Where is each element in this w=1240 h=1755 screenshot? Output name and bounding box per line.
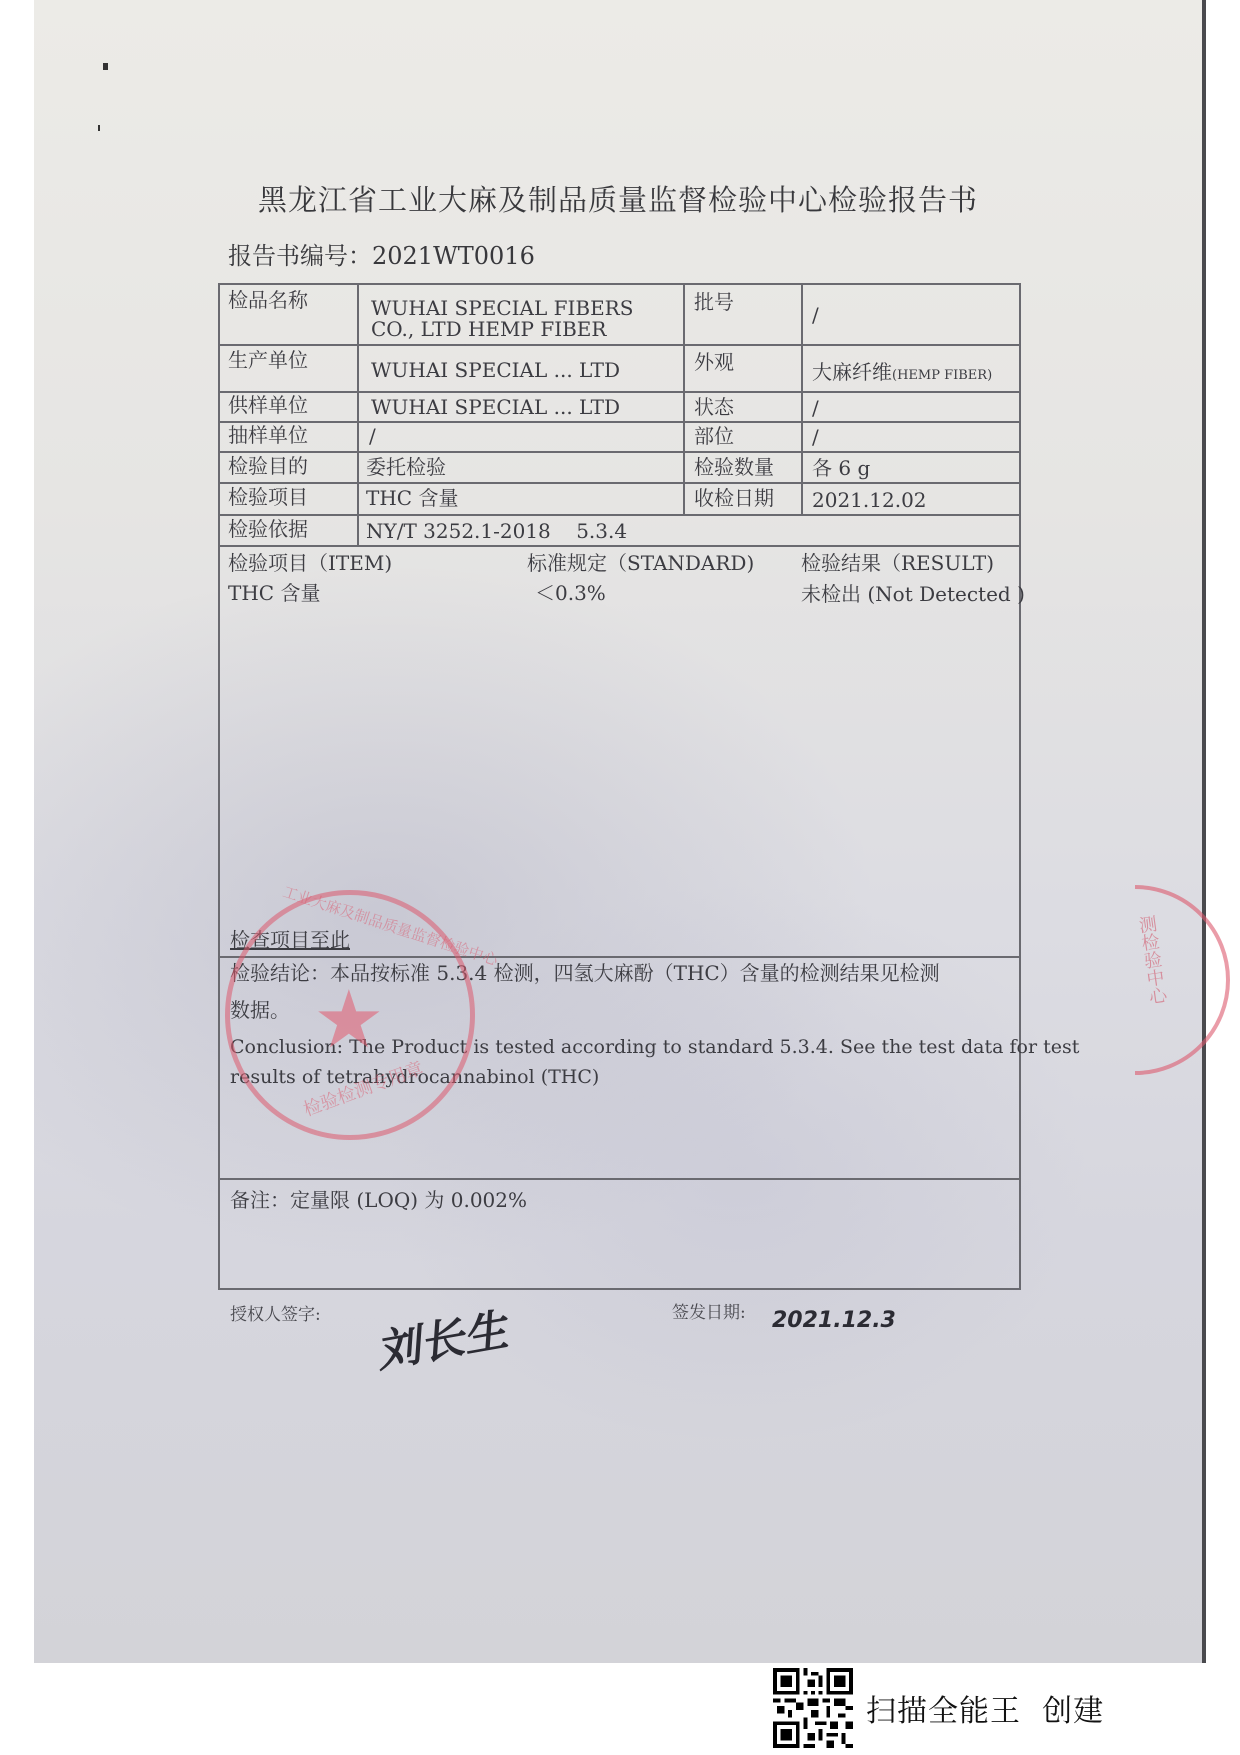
- basis-value: NY/T 3252.1-2018 5.3.4: [366, 521, 627, 542]
- appearance-label: 外观: [694, 352, 734, 373]
- table-rule: [218, 421, 1021, 423]
- quantity-label: 检验数量: [694, 457, 774, 478]
- conclusion-en-line2: results of tetrahydrocannabinol (THC): [230, 1068, 599, 1088]
- results-header-item: 检验项目（ITEM): [228, 553, 392, 574]
- purpose-value: 委托检验: [366, 457, 446, 478]
- table-rule: [357, 283, 359, 545]
- part-value: /: [812, 427, 819, 448]
- issue-date-value: 2021.12.3: [772, 1308, 896, 1333]
- producer-label: 生产单位: [228, 350, 308, 371]
- results-header-standard: 标准规定（STANDARD): [527, 553, 754, 574]
- results-row-item: THC 含量: [228, 583, 320, 604]
- sample-name-label: 检品名称: [228, 290, 308, 311]
- results-end-marker: 检查项目至此: [230, 930, 350, 951]
- supplier-value: WUHAI SPECIAL ... LTD: [371, 397, 620, 418]
- sample-name-line2: CO., LTD HEMP FIBER: [371, 319, 606, 340]
- sample-name-line1: WUHAI SPECIAL FIBERS: [371, 298, 633, 319]
- report-number-value: 2021WT0016: [372, 242, 535, 270]
- item-label: 检验项目: [228, 487, 308, 508]
- received-date-value: 2021.12.02: [812, 490, 927, 511]
- appearance-value-zh: 大麻纤维: [812, 360, 892, 384]
- supplier-label: 供样单位: [228, 395, 308, 416]
- speck-mark: [98, 125, 100, 131]
- document-title: 黑龙江省工业大麻及制品质量监督检验中心检验报告书: [258, 178, 978, 219]
- state-label: 状态: [694, 397, 734, 418]
- batch-label: 批号: [694, 292, 734, 313]
- table-rule: [218, 451, 1021, 453]
- sampler-label: 抽样单位: [228, 425, 308, 446]
- producer-value: WUHAI SPECIAL ... LTD: [371, 360, 620, 381]
- table-rule: [801, 283, 803, 514]
- state-value: /: [812, 398, 819, 419]
- qr-code-icon: [773, 1668, 853, 1748]
- report-number-label: 报告书编号：: [228, 242, 372, 270]
- table-rule: [683, 283, 685, 514]
- table-rule: [218, 344, 1021, 346]
- table-rule: [218, 1178, 1021, 1180]
- table-rule: [218, 514, 1021, 516]
- conclusion-zh-line2: 数据。: [230, 1000, 290, 1021]
- remarks-text: 备注：定量限 (LOQ) 为 0.002%: [230, 1190, 527, 1211]
- batch-value: /: [812, 305, 819, 326]
- report-table: [218, 283, 1021, 1290]
- item-value: THC 含量: [366, 488, 458, 509]
- table-rule: [218, 391, 1021, 393]
- signer-label: 授权人签字:: [230, 1300, 321, 1325]
- conclusion-zh-line1: 检验结论：本品按标准 5.3.4 检测，四氢大麻酚（THC）含量的检测结果见检测: [230, 963, 940, 984]
- part-label: 部位: [694, 426, 734, 447]
- table-rule: [218, 545, 1021, 547]
- table-rule: [218, 956, 1021, 958]
- quantity-value: 各 6 g: [812, 458, 870, 479]
- conclusion-en-line1: Conclusion: The Product is tested accord…: [230, 1038, 1079, 1058]
- results-row-result: 未检出 (Not Detected ): [801, 584, 1025, 605]
- scanner-watermark-text: 扫描全能王 创建: [866, 1686, 1104, 1730]
- sampler-value: /: [369, 426, 376, 447]
- basis-label: 检验依据: [228, 519, 308, 540]
- purpose-label: 检验目的: [228, 456, 308, 477]
- table-rule: [218, 482, 1021, 484]
- received-date-label: 收检日期: [694, 488, 774, 509]
- issue-date-label: 签发日期:: [672, 1298, 746, 1323]
- results-row-standard: ＜0.3%: [535, 583, 606, 604]
- results-header-result: 检验结果（RESULT): [801, 553, 994, 574]
- speck-mark: [103, 63, 108, 70]
- appearance-value: 大麻纤维(HEMP FIBER): [812, 362, 992, 383]
- appearance-value-en: (HEMP FIBER): [892, 368, 992, 383]
- report-number: 报告书编号：2021WT0016: [228, 236, 535, 271]
